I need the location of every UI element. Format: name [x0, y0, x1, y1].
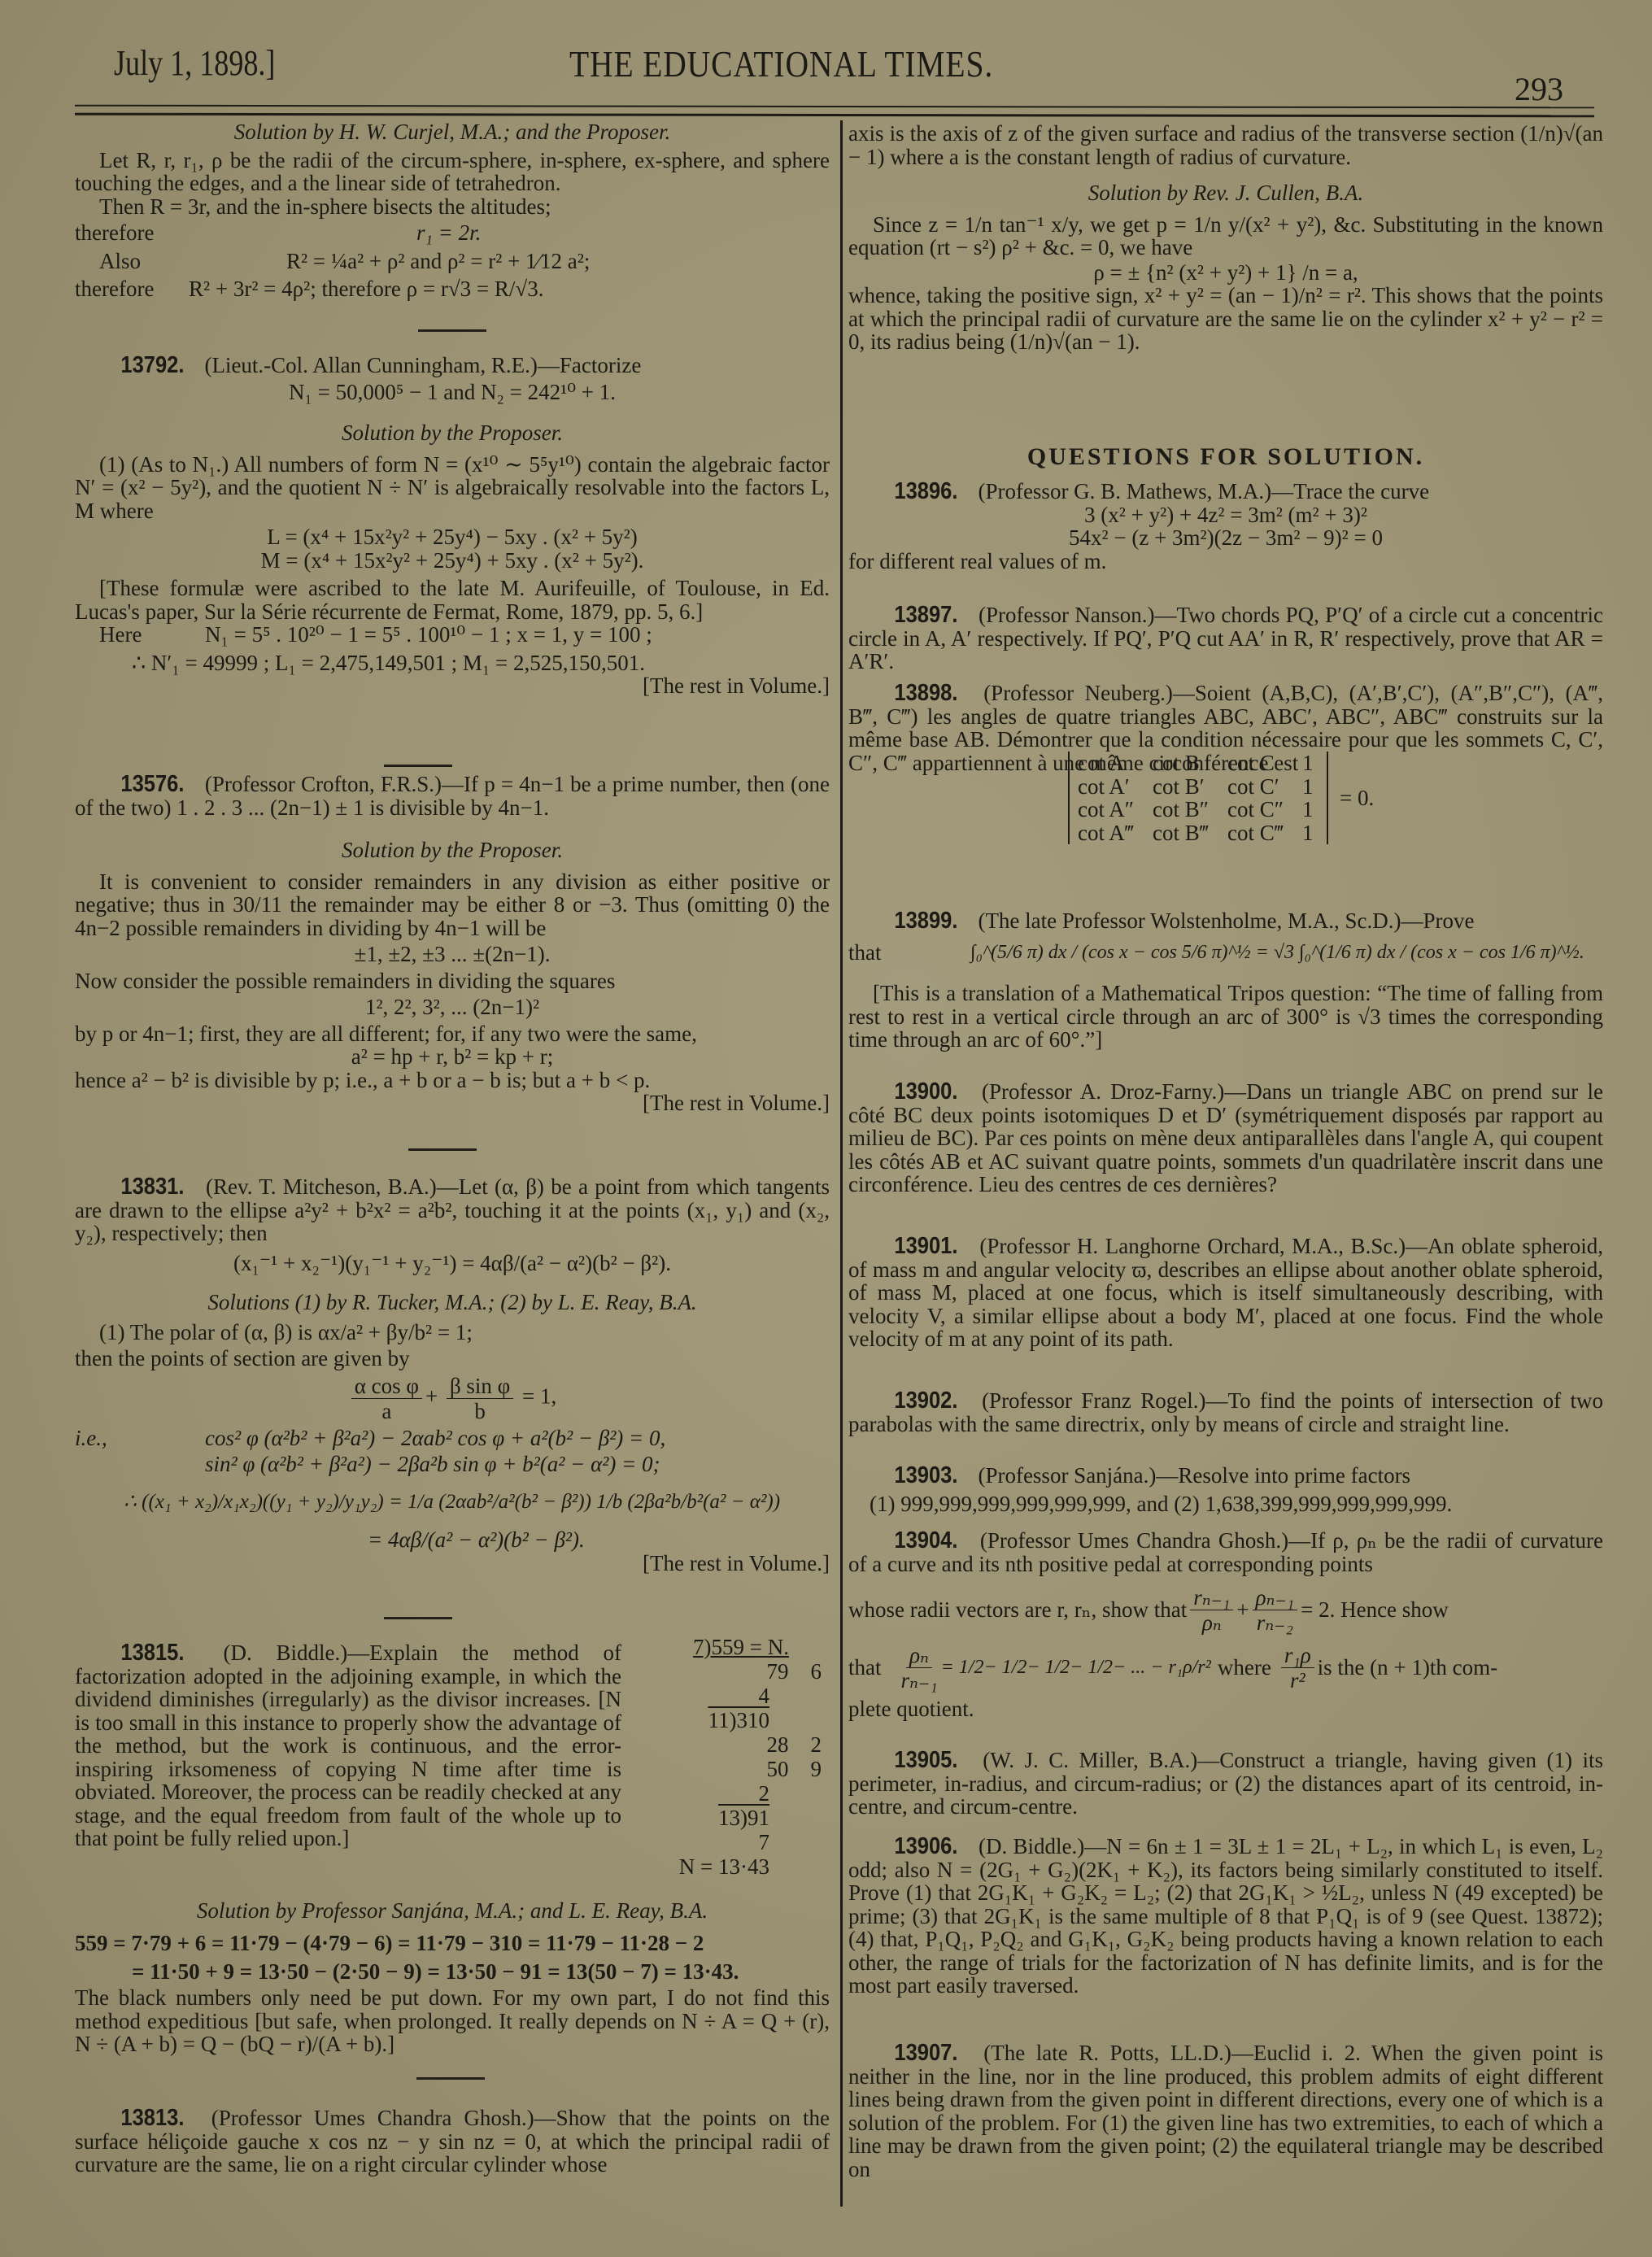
left-column: Solution by H. W. Curjel, M.A.; and the …	[75, 0, 830, 2257]
equation: N₁ = 50,000⁵ − 1 and N₂ = 242¹⁰ + 1.	[75, 381, 830, 404]
problem-number: 13831.	[99, 1175, 184, 1199]
cell: cot B″	[1153, 798, 1227, 821]
equation-row: therefore R² + 3r² = 4ρ²; therefore ρ = …	[75, 277, 830, 301]
cell: cot B	[1153, 752, 1227, 775]
determinant-row: cot Acot Bcot C1	[1078, 752, 1319, 775]
solution-curjel: Solution by H. W. Curjel, M.A.; and the …	[75, 120, 830, 301]
rest-in-volume: [The rest in Volume.]	[75, 1091, 830, 1115]
denominator: rₙ₋₂	[1257, 1610, 1293, 1635]
paragraph: (1) The polar of (α, β) is αx/a² + βy/b²…	[75, 1321, 830, 1344]
separator	[75, 1617, 830, 1619]
problem-text: (Professor Sanjána.)—Resolve into prime …	[978, 1463, 1410, 1488]
cell: cot B‴	[1153, 821, 1227, 845]
equation: (1) 999,999,999,999,999,999, and (2) 1,6…	[848, 1492, 1603, 1516]
paragraph: [These formulæ were ascribed to the late…	[75, 577, 830, 623]
denominator: b	[474, 1399, 486, 1423]
cell: cot A	[1078, 752, 1153, 775]
equation-label: Here	[75, 623, 205, 647]
division-line: 79 6	[660, 1659, 830, 1684]
equation: 54x² − (z + 3m²)(2z − 3m² − 9)² = 0	[848, 526, 1603, 550]
problem-text: (Professor Umes Chandra Ghosh.)—Show tha…	[75, 2106, 830, 2176]
problem-13905: 13905. (W. J. C. Miller, B.A.)—Construct…	[848, 1749, 1603, 1819]
problem-13900: 13900. (Professor A. Droz-Farny.)—Dans u…	[848, 1080, 1603, 1196]
paragraph: axis is the axis of z of the given surfa…	[848, 122, 1603, 168]
problem-13792: 13792. (Lieut.-Col. Allan Cunningham, R.…	[75, 354, 830, 698]
cell: 1	[1302, 821, 1319, 845]
paragraph: Now consider the possible remainders in …	[75, 969, 830, 993]
problem-text: (The late Professor Wolstenholme, M.A., …	[978, 908, 1474, 933]
equation: N₁ = 5⁵ . 10²⁰ − 1 = 5⁵ . 100¹⁰ − 1 ; x …	[205, 623, 652, 647]
right-column: axis is the axis of z of the given surfa…	[848, 0, 1603, 2257]
numerator: β sin φ	[447, 1374, 513, 1399]
problem-number: 13905.	[873, 1749, 957, 1772]
problem-13831: 13831. (Rev. T. Mitcheson, B.A.)—Let (α,…	[75, 1175, 830, 1575]
division-line: 50 9	[660, 1757, 830, 1781]
problem-text: (Rev. T. Mitcheson, B.A.)—Let (α, β) be …	[75, 1174, 830, 1245]
numerator: r₁ρ	[1281, 1643, 1314, 1668]
problem-text: (W. J. C. Miller, B.A.)—Construct a tria…	[848, 1748, 1603, 1819]
determinant-row: cot A′cot B′cot C′1	[1078, 775, 1319, 799]
cell: cot C	[1227, 752, 1302, 775]
paragraph: plete quotient.	[848, 1697, 1603, 1721]
problem-text: (D. Biddle.)—Explain the method of facto…	[75, 1640, 621, 1850]
problem-13907: 13907. (The late R. Potts, LL.D.)—Euclid…	[848, 2041, 1603, 2181]
fraction: ρₙ₋₁rₙ₋₂	[1253, 1585, 1298, 1635]
solution-heading: Solution by H. W. Curjel, M.A.; and the …	[75, 120, 830, 144]
problem-number: 13897.	[873, 603, 957, 627]
text: = 2. Hence show	[1301, 1598, 1449, 1622]
problem-13899: 13899. (The late Professor Wolstenholme,…	[848, 909, 1603, 1052]
equation-rhs: = 1,	[522, 1383, 556, 1408]
cell: 1	[1302, 775, 1319, 799]
equation: ρ = ± {n² (x² + y²) + 1} /n = a,	[848, 261, 1603, 285]
paragraph: by p or 4n−1; first, they are all differ…	[75, 1022, 830, 1046]
problem-text: (Professor Crofton, F.R.S.)—If p = 4n−1 …	[75, 772, 830, 820]
division-example: 7)559 = N. 79 6 4 11)310 28 2 50 9 2 13)…	[660, 1635, 830, 1879]
equation: = 11·50 + 9 = 13·50 − (2·50 − 9) = 13·50…	[75, 1960, 830, 1984]
separator	[75, 329, 830, 332]
equation: = 4αβ/(a² − α²)(b² − β²).	[75, 1528, 830, 1552]
problem-text: (Professor Franz Rogel.)—To find the poi…	[848, 1388, 1603, 1436]
cell: cot A‴	[1078, 821, 1153, 845]
equation: ∴ N′₁ = 49999 ; L₁ = 2,475,149,501 ; M₁ …	[75, 651, 830, 675]
denominator: ρₙ	[1202, 1610, 1222, 1635]
continued-fraction: = 1/2− 1/2− 1/2− 1/2− ... − r₁ρ/r²	[941, 1656, 1211, 1680]
determinant-row: cot A‴cot B‴cot C‴1	[1078, 821, 1319, 845]
cell: cot C″	[1227, 798, 1302, 821]
equation: r₁ = 2r.	[221, 221, 481, 245]
cell: cot C′	[1227, 775, 1302, 799]
cell: cot B′	[1153, 775, 1227, 799]
problem-13897: 13897. (Professor Nanson.)—Two chords PQ…	[848, 603, 1603, 673]
text: is the (n + 1)th com-	[1318, 1656, 1497, 1680]
paragraph: (1) (As to N₁.) All numbers of form N = …	[75, 453, 830, 523]
paragraph: for different real values of m.	[848, 550, 1603, 573]
equation: M = (x⁴ + 15x²y² + 25y⁴) + 5xy . (x² + 5…	[75, 549, 830, 573]
paragraph: It is convenient to consider remainders …	[75, 870, 830, 940]
cell: cot A″	[1078, 798, 1153, 821]
equation: R² = ¼a² + ρ² and ρ² = r² + 1⁄12 a²;	[221, 250, 590, 273]
problem-number: 13576.	[99, 773, 184, 796]
equation: 1², 2², 3², ... (2n−1)²	[75, 996, 830, 1019]
equation-row: therefore r₁ = 2r.	[75, 221, 830, 245]
equation: ±1, ±2, ±3 ... ±(2n−1).	[75, 943, 830, 966]
problem-number: 13900.	[873, 1080, 957, 1104]
separator	[75, 1148, 830, 1151]
equation: R² + 3r² = 4ρ²; therefore ρ = r√3 = R/√3…	[189, 277, 543, 301]
text: whose radii vectors are r, rₙ, show that	[848, 1598, 1187, 1622]
rest-in-volume: [The rest in Volume.]	[75, 674, 830, 698]
problem-13906: 13906. (D. Biddle.)—N = 6n ± 1 = 3L ± 1 …	[848, 1835, 1603, 1998]
numerator: rₙ₋₁	[1190, 1585, 1233, 1610]
problem-13576: 13576. (Professor Crofton, F.R.S.)—If p …	[75, 773, 830, 1115]
division-line: 2	[660, 1781, 830, 1806]
problem-13815: 13815. (D. Biddle.)—Explain the method o…	[75, 1641, 830, 2056]
equation: ∴ ((x₁ + x₂)/x₁x₂)((y₁ + y₂)/y₁y₂) = 1/a…	[75, 1491, 830, 1514]
paragraph: whence, taking the positive sign, x² + y…	[848, 284, 1603, 354]
equation: sin² φ (α²b² + β²a²) − 2βa²b sin φ + b²(…	[75, 1453, 830, 1476]
solution-heading: Solution by Rev. J. Cullen, B.A.	[848, 181, 1603, 205]
text: where	[1218, 1656, 1271, 1680]
problem-number: 13899.	[873, 909, 957, 933]
paragraph: Let R, r, r₁, ρ be the radii of the circ…	[75, 149, 830, 195]
equation-row: Here N₁ = 5⁵ . 10²⁰ − 1 = 5⁵ . 100¹⁰ − 1…	[75, 623, 830, 647]
problem-number: 13903.	[873, 1464, 957, 1488]
equation-row: i.e., cos² φ (α²b² + β²a²) − 2αab² cos φ…	[75, 1427, 830, 1450]
problem-number: 13907.	[873, 2041, 957, 2065]
solution-heading: Solution by the Proposer.	[75, 421, 830, 445]
fraction: α cos φa	[351, 1374, 422, 1423]
problem-text: (Lieut.-Col. Allan Cunningham, R.E.)—Fac…	[204, 353, 641, 377]
paragraph: then the points of section are given by	[75, 1347, 830, 1370]
paragraph: hence a² − b² is divisible by p; i.e., a…	[75, 1069, 830, 1092]
denominator: r²	[1290, 1668, 1305, 1693]
equation-label: that	[848, 941, 970, 965]
separator	[75, 2077, 830, 2080]
cell: cot C‴	[1227, 821, 1302, 845]
equation-label: therefore	[75, 277, 189, 301]
equation-rhs: = 0.	[1340, 786, 1374, 810]
questions-for-solution: QUESTIONS FOR SOLUTION.	[848, 446, 1603, 469]
fraction: β sin φb	[447, 1374, 513, 1423]
division-line: 28 2	[660, 1732, 830, 1757]
equation: 3 (x² + y²) + 4z² = 3m² (m² + 3)²	[848, 503, 1603, 527]
denominator: rₙ₋₁	[901, 1668, 938, 1693]
problem-number: 13815.	[99, 1641, 184, 1665]
paragraph: Then R = 3r, and the in-sphere bisects t…	[75, 195, 830, 219]
equation: L = (x⁴ + 15x²y² + 25y⁴) − 5xy . (x² + 5…	[75, 525, 830, 549]
cell: 1	[1302, 752, 1319, 775]
problem-text: (Professor G. B. Mathews, M.A.)—Trace th…	[978, 479, 1429, 503]
problem-text: (Professor Nanson.)—Two chords PQ, P′Q′ …	[848, 603, 1603, 673]
problem-number: 13813.	[99, 2107, 184, 2130]
division-line: 7)559 = N.	[660, 1635, 830, 1659]
equation: 559 = 7·79 + 6 = 11·79 − (4·79 − 6) = 11…	[75, 1932, 830, 1955]
numerator: α cos φ	[351, 1374, 422, 1399]
fraction: r₁ρr²	[1281, 1643, 1314, 1693]
equation-label: Also	[75, 250, 221, 273]
problem-number: 13904.	[873, 1529, 957, 1553]
problem-13896: 13896. (Professor G. B. Mathews, M.A.)—T…	[848, 480, 1603, 573]
paragraph: [This is a translation of a Mathematical…	[848, 982, 1603, 1052]
separator	[75, 765, 830, 767]
section-heading: QUESTIONS FOR SOLUTION.	[848, 446, 1603, 469]
determinant: cot Acot Bcot C1 cot A′cot B′cot C′1 cot…	[1068, 752, 1328, 844]
problem-13903: 13903. (Professor Sanjána.)—Resolve into…	[848, 1464, 1603, 1515]
equation: cos² φ (α²b² + β²a²) − 2αab² cos φ + a²(…	[205, 1427, 665, 1450]
solution-heading: Solution by Professor Sanjána, M.A.; and…	[75, 1899, 830, 1923]
paragraph: Since z = 1/n tan⁻¹ x/y, we get p = 1/n …	[848, 213, 1603, 259]
problem-13898: 13898. (Professor Neuberg.)—Soient (A,B,…	[848, 682, 1603, 844]
integral-equation: ∫₀^(5/6 π) dx / (cos x − cos 5/6 π)^½ = …	[970, 941, 1584, 965]
paragraph: The black numbers only need be put down.…	[75, 1986, 830, 2056]
equation-row: that ∫₀^(5/6 π) dx / (cos x − cos 5/6 π)…	[848, 941, 1603, 965]
equation: a² = hp + r, b² = kp + r;	[75, 1045, 830, 1069]
fraction: ρₙrₙ₋₁	[901, 1643, 938, 1693]
problem-number: 13901.	[873, 1235, 957, 1258]
denominator: a	[381, 1399, 391, 1423]
division-line: N = 13·43	[660, 1854, 830, 1879]
problem-13901: 13901. (Professor H. Langhorne Orchard, …	[848, 1235, 1603, 1351]
cell: 1	[1302, 798, 1319, 821]
equation-label: i.e.,	[75, 1427, 205, 1450]
solution-heading: Solutions (1) by R. Tucker, M.A.; (2) by…	[75, 1291, 830, 1314]
equation: (x₁⁻¹ + x₂⁻¹)(y₁⁻¹ + y₂⁻¹) = 4αβ/(a² − α…	[75, 1252, 830, 1275]
numerator: ρₙ₋₁	[1253, 1585, 1298, 1610]
problem-text: (D. Biddle.)—N = 6n ± 1 = 3L ± 1 = 2L₁ +…	[848, 1834, 1603, 1998]
problem-13813-continued: axis is the axis of z of the given surfa…	[848, 122, 1603, 354]
problem-number: 13906.	[873, 1835, 957, 1858]
equation-line: that ρₙrₙ₋₁ = 1/2− 1/2− 1/2− 1/2− ... − …	[848, 1643, 1603, 1693]
problem-number: 13902.	[873, 1389, 957, 1413]
division-line: 7	[660, 1830, 830, 1854]
problem-text: (Professor Umes Chandra Ghosh.)—If ρ, ρₙ…	[848, 1528, 1603, 1576]
text: that	[848, 1656, 882, 1680]
equation-row: Also R² = ¼a² + ρ² and ρ² = r² + 1⁄12 a²…	[75, 250, 830, 273]
fraction-equation: α cos φa+ β sin φb = 1,	[75, 1374, 830, 1423]
problem-text: (The late R. Potts, LL.D.)—Euclid i. 2. …	[848, 2041, 1603, 2181]
problem-text: (Professor H. Langhorne Orchard, M.A., B…	[848, 1234, 1603, 1351]
division-line: 13)91	[660, 1806, 830, 1830]
equation-line: whose radii vectors are r, rₙ, show that…	[848, 1585, 1603, 1635]
division-line: 4	[660, 1684, 830, 1708]
problem-text: (Professor A. Droz-Farny.)—Dans un trian…	[848, 1079, 1603, 1196]
problem-13904: 13904. (Professor Umes Chandra Ghosh.)—I…	[848, 1529, 1603, 1721]
problem-number: 13898.	[873, 682, 957, 705]
problem-number: 13896.	[873, 480, 957, 503]
problem-13902: 13902. (Professor Franz Rogel.)—To find …	[848, 1389, 1603, 1436]
cell: cot A′	[1078, 775, 1153, 799]
problem-number: 13792.	[99, 354, 184, 377]
equation-label: therefore	[75, 221, 221, 245]
fraction: rₙ₋₁ρₙ	[1190, 1585, 1233, 1635]
determinant-row: cot A″cot B″cot C″1	[1078, 798, 1319, 821]
division-line: 11)310	[660, 1708, 830, 1732]
column-divider	[840, 120, 843, 2207]
problem-13813: 13813. (Professor Umes Chandra Ghosh.)—S…	[75, 2107, 830, 2176]
numerator: ρₙ	[906, 1643, 932, 1668]
rest-in-volume: [The rest in Volume.]	[75, 1552, 830, 1575]
solution-heading: Solution by the Proposer.	[75, 839, 830, 862]
